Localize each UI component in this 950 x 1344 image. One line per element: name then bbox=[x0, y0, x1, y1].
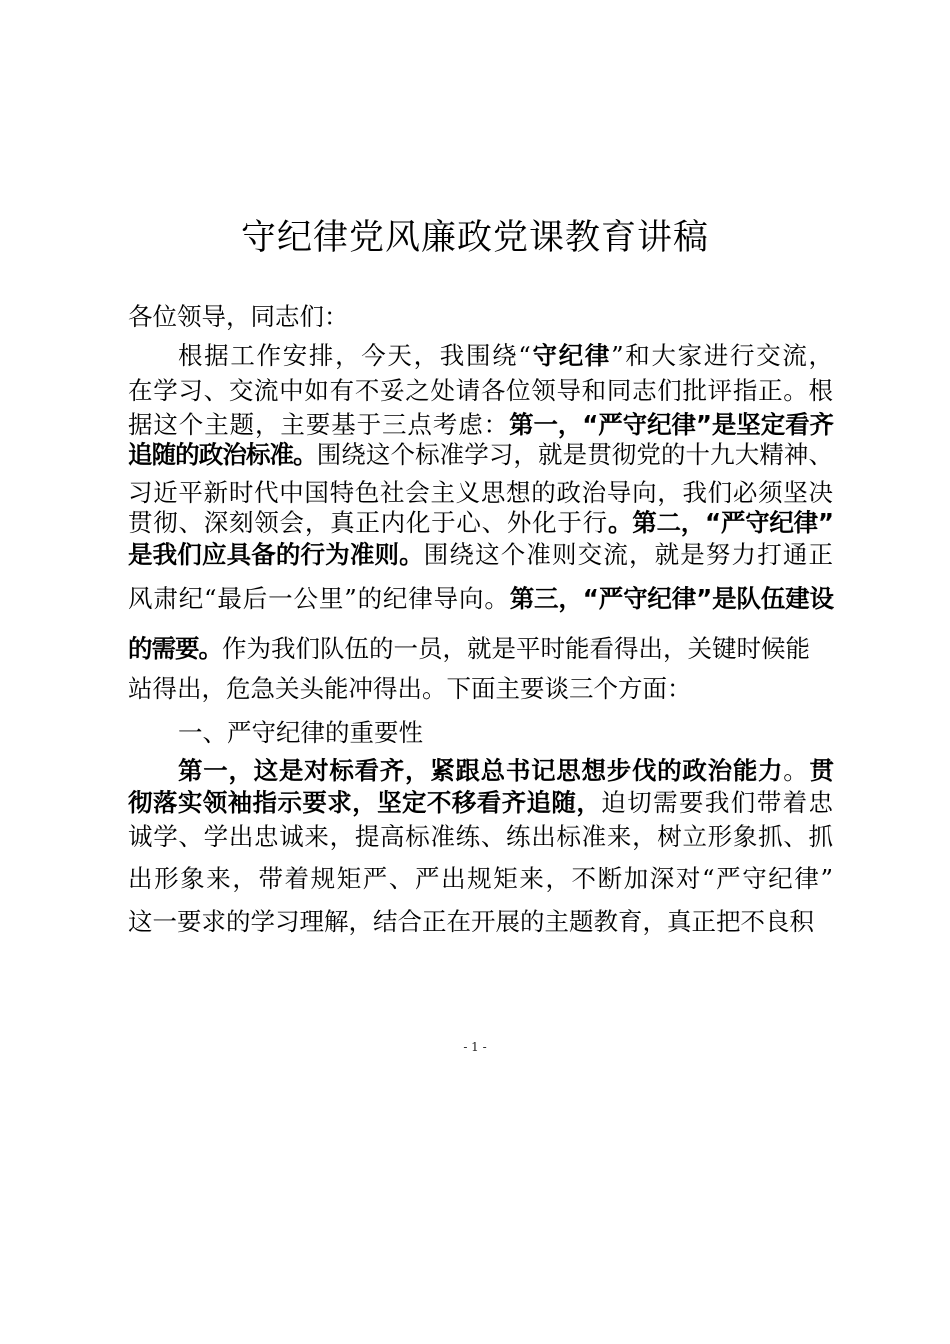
paragraph-line: 贯彻、深刻领会，真正内化于心、外化于行。第二，“严守纪律” bbox=[128, 506, 833, 540]
paragraph-line: 习近平新时代中国特色社会主义思想的政治导向，我们必须坚决 bbox=[128, 476, 833, 510]
paragraph-line: 风肃纪“最后一公里”的纪律导向。第三，“严守纪律”是队伍建设 bbox=[128, 582, 833, 616]
paragraph-line: 诚学、学出忠诚来，提高标准练、练出标准来，树立形象抓、抓 bbox=[128, 820, 833, 854]
paragraph-line: 是我们应具备的行为准则。围绕这个准则交流，就是努力打通正 bbox=[128, 538, 833, 572]
paragraph-line: 彻落实领袖指示要求，坚定不移看齐追随，迫切需要我们带着忠 bbox=[128, 786, 833, 820]
bold-point-2: 。第二，“严守纪律” bbox=[608, 508, 833, 537]
document-page: 守纪律党风廉政党课教育讲稿 各位领导，同志们： 根据工作安排，今天，我围绕“守纪… bbox=[0, 0, 950, 1344]
salutation: 各位领导，同志们： bbox=[128, 300, 833, 334]
page-number: - 1 - bbox=[0, 1040, 950, 1054]
paragraph-line: 站得出，危急关头能冲得出。下面主要谈三个方面： bbox=[128, 672, 833, 706]
paragraph-line: 追随的政治标准。围绕这个标准学习，就是贯彻党的十九大精神、 bbox=[128, 438, 833, 472]
paragraph-line: 出形象来，带着规矩严、严出规矩来，不断加深对“严守纪律” bbox=[128, 862, 833, 896]
paragraph-line: 据这个主题，主要基于三点考虑：第一，“严守纪律”是坚定看齐 bbox=[128, 408, 833, 442]
bold-point-3: 第三，“严守纪律”是队伍建设 bbox=[510, 584, 833, 613]
paragraph-line: 第一，这是对标看齐，紧跟总书记思想步伐的政治能力。贯 bbox=[128, 754, 833, 788]
paragraph-line: 根据工作安排，今天，我围绕“守纪律”和大家进行交流， bbox=[128, 339, 833, 373]
document-title: 守纪律党风廉政党课教育讲稿 bbox=[0, 212, 950, 264]
paragraph-line: 在学习、交流中如有不妥之处请各位领导和同志们批评指正。根 bbox=[128, 374, 833, 408]
paragraph-line: 的需要。作为我们队伍的一员，就是平时能看得出，关键时候能 bbox=[128, 632, 833, 666]
paragraph-line: 这一要求的学习理解，结合正在开展的主题教育，真正把不良积 bbox=[128, 905, 833, 939]
bold-point-1: 第一，“严守纪律”是坚定看齐 bbox=[509, 410, 833, 439]
section-heading: 一、严守纪律的重要性 bbox=[128, 716, 833, 750]
